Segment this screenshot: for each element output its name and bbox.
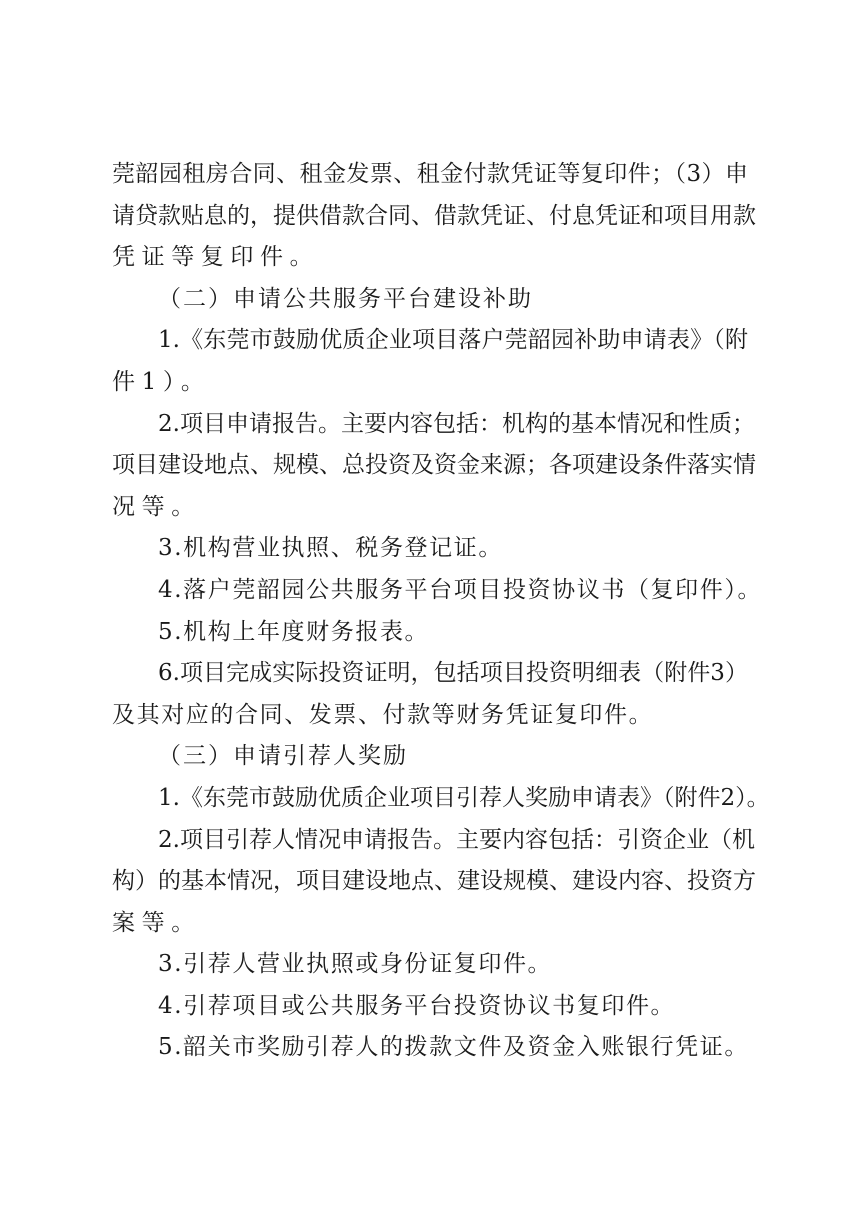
paragraph-line: 构）的基本情况，项目建设地点、建设规模、建设内容、投资方 — [112, 861, 748, 903]
paragraph-line: 请贷款贴息的，提供借款合同、借款凭证、付息凭证和项目用款 — [112, 196, 748, 238]
paragraph-line: 况等。 — [112, 487, 748, 529]
list-item: 3.机构营业执照、税务登记证。 — [112, 528, 748, 570]
list-item: 4.引荐项目或公共服务平台投资协议书复印件。 — [112, 986, 748, 1028]
list-item: 5.韶关市奖励引荐人的拨款文件及资金入账银行凭证。 — [112, 1027, 748, 1069]
paragraph-line: 莞韶园租房合同、租金发票、租金付款凭证等复印件；（3）申 — [112, 154, 748, 196]
paragraph-line: 件1）。 — [112, 362, 748, 404]
document-page: 莞韶园租房合同、租金发票、租金付款凭证等复印件；（3）申 请贷款贴息的，提供借款… — [112, 154, 748, 1069]
list-item: 1.《东莞市鼓励优质企业项目落户莞韶园补助申请表》（附 — [112, 320, 748, 362]
list-item: 3.引荐人营业执照或身份证复印件。 — [112, 944, 748, 986]
list-item: 2.项目引荐人情况申请报告。主要内容包括：引资企业（机 — [112, 820, 748, 862]
paragraph-line: 案等。 — [112, 903, 748, 945]
list-item: 4.落户莞韶园公共服务平台项目投资协议书（复印件）。 — [112, 570, 748, 612]
paragraph-line: 及其对应的合同、发票、付款等财务凭证复印件。 — [112, 695, 748, 737]
paragraph-line: 凭证等复印件。 — [112, 237, 748, 279]
paragraph-line: 项目建设地点、规模、总投资及资金来源；各项建设条件落实情 — [112, 445, 748, 487]
list-item: 6.项目完成实际投资证明，包括项目投资明细表（附件3） — [112, 653, 748, 695]
section-heading-referrer-reward: （三）申请引荐人奖励 — [112, 736, 748, 778]
list-item: 2.项目申请报告。主要内容包括：机构的基本情况和性质； — [112, 404, 748, 446]
list-item: 5.机构上年度财务报表。 — [112, 612, 748, 654]
section-heading-public-service-platform: （二）申请公共服务平台建设补助 — [112, 279, 748, 321]
list-item: 1.《东莞市鼓励优质企业项目引荐人奖励申请表》（附件2）。 — [112, 778, 748, 820]
